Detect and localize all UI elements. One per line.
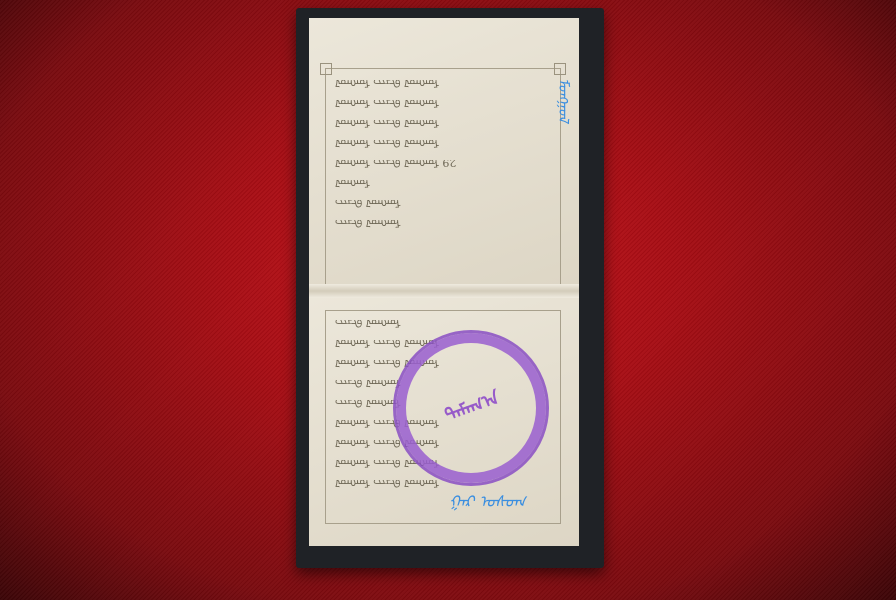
top-page-text: ᠮᠣᠩᠭᠣᠯ ᠪᠢᠴᠢᠭ ᠮᠣᠩᠭᠣᠯ ᠪᠢᠴᠢᠭ ᠮᠣᠩᠭᠣᠯ 29 ᠮᠣᠩᠭ… bbox=[335, 80, 557, 234]
booklet-spine bbox=[309, 284, 579, 298]
text-line: ᠮᠣᠩᠭᠣᠯ ᠪᠢᠴᠢᠭ bbox=[335, 200, 557, 214]
corner-ornament bbox=[320, 63, 332, 75]
signature: ᠭᠠᠷ ᠤᠰᠤᠭ bbox=[449, 484, 525, 512]
text-line: ᠮᠣᠩᠭᠣᠯ ᠪᠢᠴᠢᠭ bbox=[335, 220, 557, 234]
corner-ornament bbox=[554, 63, 566, 75]
text-line: ᠮᠣᠩᠭᠣᠯ ᠪᠢᠴᠢᠭ bbox=[335, 320, 557, 334]
bottom-page: ᠮᠣᠩᠭᠣᠯ ᠪᠢᠴᠢᠭ ᠮᠣᠩᠭᠣᠯ ᠮᠣᠩᠭᠣᠯ ᠪᠢᠴᠢᠭ ᠮᠣᠩᠭᠣᠯ … bbox=[309, 298, 579, 546]
top-page: ᠮᠣᠩᠭᠣᠯ ᠪᠢᠴᠢᠭ ᠮᠣᠩᠭᠣᠯ ᠪᠢᠴᠢᠭ ᠮᠣᠩᠭᠣᠯ 29 ᠮᠣᠩᠭ… bbox=[309, 18, 579, 284]
text-line: ᠮᠣᠩᠭᠣᠯ ᠪᠢᠴᠢᠭ ᠮᠣᠩᠭᠣᠯ bbox=[335, 80, 557, 94]
text-line: ᠮᠣᠩᠭᠣᠯ ᠪᠢᠴᠢᠭ ᠮᠣᠩᠭᠣᠯ bbox=[335, 140, 557, 154]
text-line: ᠮᠣᠩᠭᠣᠯ bbox=[335, 180, 557, 194]
text-line: 29 ᠮᠣᠩᠭᠣᠯ ᠪᠢᠴᠢᠭ ᠮᠣᠩᠭᠣᠯ bbox=[335, 160, 557, 174]
text-line: ᠮᠣᠩᠭᠣᠯ ᠪᠢᠴᠢᠭ ᠮᠣᠩᠭᠣᠯ bbox=[335, 100, 557, 114]
text-line: ᠮᠣᠩᠭᠣᠯ ᠪᠢᠴᠢᠭ ᠮᠣᠩᠭᠣᠯ bbox=[335, 120, 557, 134]
official-stamp: ᠲᠠᠮᠠᠭ᠎ᠠ bbox=[393, 330, 549, 486]
booklet: ᠮᠣᠩᠭᠣᠯ ᠪᠢᠴᠢᠭ ᠮᠣᠩᠭᠣᠯ ᠪᠢᠴᠢᠭ ᠮᠣᠩᠭᠣᠯ 29 ᠮᠣᠩᠭ… bbox=[296, 8, 604, 568]
handwritten-name: ᠮᠣᠩᠭᠣᠯ bbox=[553, 78, 575, 278]
stamp-text: ᠲᠠᠮᠠᠭ᠎ᠠ bbox=[395, 363, 547, 443]
